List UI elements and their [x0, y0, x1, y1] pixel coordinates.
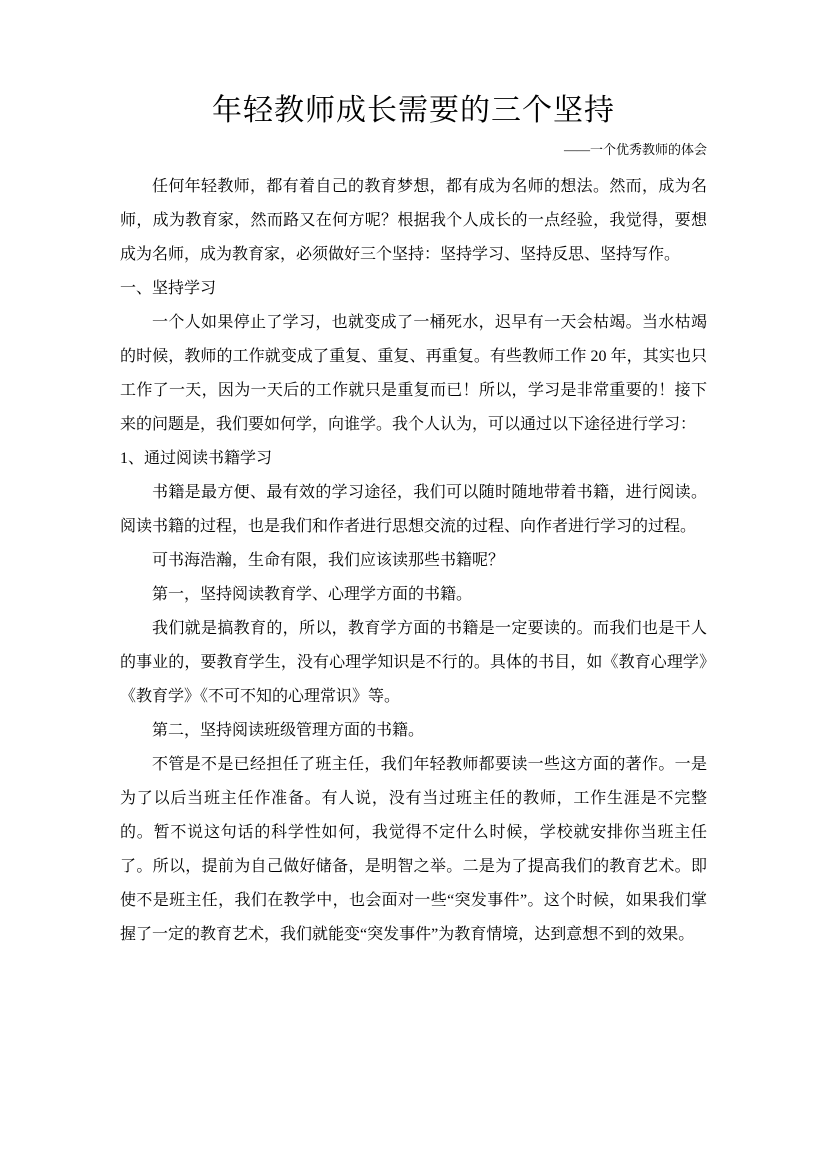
paragraph: 可书海浩瀚，生命有限，我们应该读那些书籍呢？	[120, 544, 707, 578]
document-page: 年轻教师成长需要的三个坚持 ——一个优秀教师的体会 任何年轻教师，都有着自己的教…	[0, 0, 827, 1169]
paragraph: 一个人如果停止了学习，也就变成了一桶死水，迟早有一天会枯竭。当水枯竭的时候，教师…	[120, 306, 707, 442]
paragraph: 第二，坚持阅读班级管理方面的书籍。	[120, 714, 707, 748]
paragraph: 我们就是搞教育的，所以，教育学方面的书籍是一定要读的。而我们也是干人的事业的，要…	[120, 612, 707, 714]
document-body: 任何年轻教师，都有着自己的教育梦想，都有成为名师的想法。然而，成为名师，成为教育…	[120, 170, 707, 952]
paragraph: 书籍是最方便、最有效的学习途径，我们可以随时随地带着书籍，进行阅读。阅读书籍的过…	[120, 476, 707, 544]
document-subtitle: ——一个优秀教师的体会	[120, 138, 707, 162]
paragraph: 第一，坚持阅读教育学、心理学方面的书籍。	[120, 578, 707, 612]
section-heading: 一、坚持学习	[120, 272, 707, 306]
paragraph: 任何年轻教师，都有着自己的教育梦想，都有成为名师的想法。然而，成为名师，成为教育…	[120, 170, 707, 272]
paragraph: 不管是不是已经担任了班主任，我们年轻教师都要读一些这方面的著作。一是为了以后当班…	[120, 748, 707, 952]
document-title: 年轻教师成长需要的三个坚持	[120, 88, 707, 134]
section-heading: 1、通过阅读书籍学习	[120, 442, 707, 476]
